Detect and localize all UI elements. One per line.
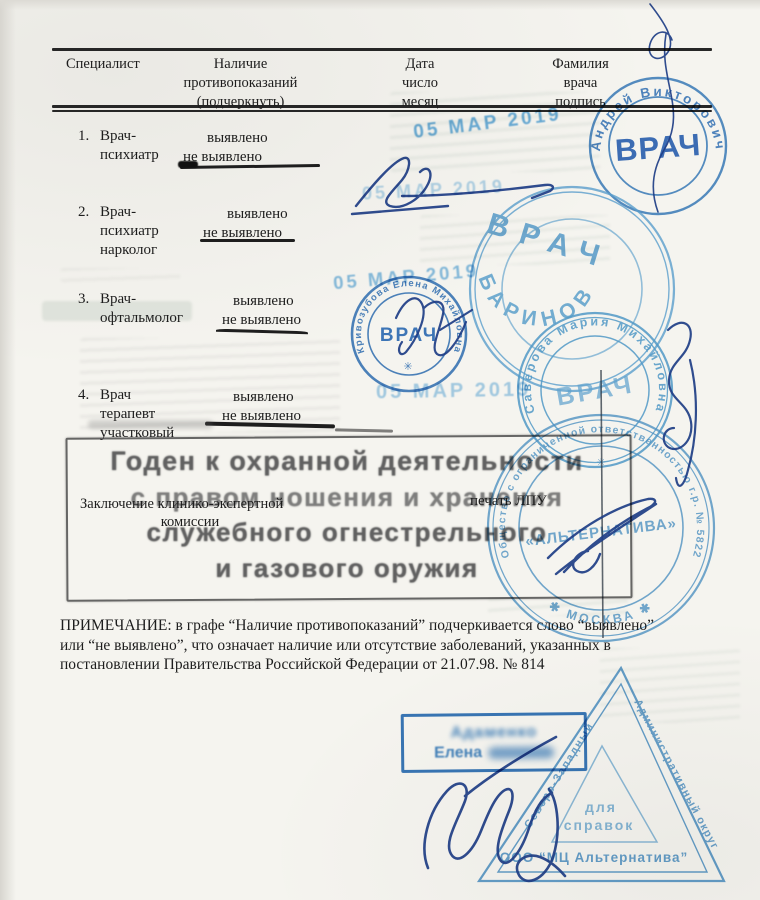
- triangle-inner-text-2: справок: [564, 817, 635, 833]
- pen-line: [601, 370, 603, 638]
- triangle-inner-text-1: для: [585, 799, 617, 815]
- triangle-bottom-text: ООО “МЦ Альтернатива”: [500, 850, 689, 865]
- vrach-label: ВРАЧ: [554, 370, 636, 411]
- stamp-star: ✳: [403, 361, 412, 373]
- stamps-and-signatures-layer: Андрей Викторович ВРАЧ ВРАЧ БАРИНОВ Крив…: [0, 0, 760, 900]
- stamp-firstname: Елена: [434, 744, 482, 763]
- svg-text:Административный округ: Административный округ: [631, 697, 721, 851]
- scanned-medical-certificate: Специалист Наличие противопоказаний (под…: [0, 0, 760, 900]
- seal-city-text: ✱ МОСКВА ✱: [546, 599, 655, 627]
- vrach-label: ВРАЧ: [380, 325, 438, 346]
- triangle-right-text: Административный округ: [631, 697, 721, 851]
- stamp-surname: Адаменко: [451, 723, 538, 742]
- stamp-triangle-reference: Северо-Западный Административный округ д…: [479, 668, 724, 881]
- blurred-patronymic: [488, 746, 554, 759]
- stamp-rect-adamenko: Адаменко Елена: [401, 712, 588, 773]
- stamp-doctor-barinov: ВРАЧ БАРИНОВ: [470, 187, 674, 391]
- stamp-doctor-krivozubova: Кривозубова Елена Михайловна ВРАЧ ✳: [352, 277, 466, 391]
- seal-org-name: «АЛЬТЕРНАТИВА»: [524, 515, 677, 550]
- vrach-label: ВРАЧ: [483, 207, 615, 276]
- signature-top-right: [649, 4, 673, 212]
- svg-text:✱ МОСКВА ✱: ✱ МОСКВА ✱: [546, 599, 655, 627]
